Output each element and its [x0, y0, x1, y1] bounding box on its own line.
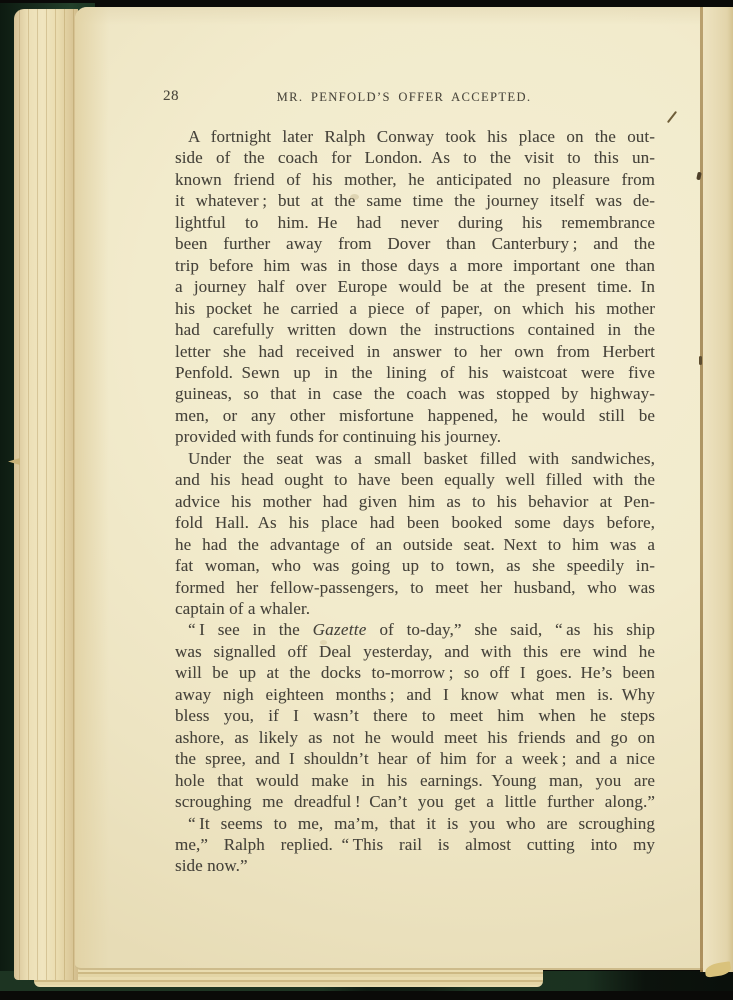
text-line: “ It seems to me, ma’m, that it is you w…	[175, 813, 655, 834]
text-line: letter she had received in answer to her…	[175, 341, 655, 362]
paper-stain	[320, 640, 327, 645]
page-paragraph: “ It seems to me, ma’m, that it is you w…	[175, 813, 655, 877]
text-line: Under the seat was a small basket filled…	[175, 448, 655, 469]
text-line: he had the advantage of an outside seat.…	[175, 534, 655, 555]
text-line: A fortnight later Ralph Conway took his …	[175, 126, 655, 147]
scanned-book-page: 28 MR. PENFOLD’S OFFER ACCEPTED. A fortn…	[0, 0, 733, 1000]
text-line: captain of a whaler.	[175, 598, 655, 619]
text-line: lightful to him. He had never during his…	[175, 212, 655, 233]
text-line: was signalled off Deal yesterday, and wi…	[175, 641, 655, 662]
text-line: Penfold. Sewn up in the lining of his wa…	[175, 362, 655, 383]
text-line: men, or any other misfortune happened, h…	[175, 405, 655, 426]
fore-edge-pages	[703, 7, 733, 972]
text-line: and his head ought to have been equally …	[175, 469, 655, 490]
text-line: side now.”	[175, 855, 655, 876]
running-header-row: 28 MR. PENFOLD’S OFFER ACCEPTED.	[175, 87, 655, 107]
text-body: A fortnight later Ralph Conway took his …	[175, 126, 655, 877]
page-paragraph: Under the seat was a small basket filled…	[175, 448, 655, 620]
text-line: provided with funds for continuing his j…	[175, 426, 655, 447]
text-line: a journey half over Europe would be at t…	[175, 276, 655, 297]
page-edge-stack-bottom	[34, 969, 543, 987]
page-edge-stack-left	[14, 9, 78, 980]
text-line: formed her fellow-passengers, to meet he…	[175, 577, 655, 598]
text-line: trip before him was in those days a more…	[175, 255, 655, 276]
text-line: it whatever ; but at the same time the j…	[175, 190, 655, 211]
paper-stain	[350, 194, 359, 200]
text-line: me,” Ralph replied. “ This rail is almos…	[175, 834, 655, 855]
text-line: had carefully written down the instructi…	[175, 319, 655, 340]
text-line: away nigh eighteen months ; and I know w…	[175, 684, 655, 705]
text-line: guineas, so that in case the coach was s…	[175, 383, 655, 404]
text-line: fat woman, who was going up to town, as …	[175, 555, 655, 576]
text-line: side of the coach for London. As to the …	[175, 147, 655, 168]
scan-artifact-fleck	[699, 356, 702, 365]
text-line: the spree, and I shouldn’t hear of him f…	[175, 748, 655, 769]
text-line: will be up at the docks to-morrow ; so o…	[175, 662, 655, 683]
text-line: ashore, as likely as not he would meet h…	[175, 727, 655, 748]
text-line: hole that would make in his earnings. Yo…	[175, 770, 655, 791]
fore-edge-line	[700, 7, 703, 972]
text-line: bless you, if I wasn’t there to meet him…	[175, 705, 655, 726]
text-line: advice his mother had given him as to hi…	[175, 491, 655, 512]
text-line: fold Hall. As his place had been booked …	[175, 512, 655, 533]
text-line: known friend of his mother, he anticipat…	[175, 169, 655, 190]
text-line: his pocket he carried a piece of paper, …	[175, 298, 655, 319]
page-paragraph: “ I see in the Gazette of to-day,” she s…	[175, 619, 655, 812]
page-paragraph: A fortnight later Ralph Conway took his …	[175, 126, 655, 448]
text-line: scroughing me dreadful ! Can’t you get a…	[175, 791, 655, 812]
page-content: 28 MR. PENFOLD’S OFFER ACCEPTED. A fortn…	[175, 0, 655, 877]
text-line: “ I see in the Gazette of to-day,” she s…	[175, 619, 655, 640]
running-header-title: MR. PENFOLD’S OFFER ACCEPTED.	[175, 90, 633, 105]
text-line: been further away from Dover than Canter…	[175, 233, 655, 254]
